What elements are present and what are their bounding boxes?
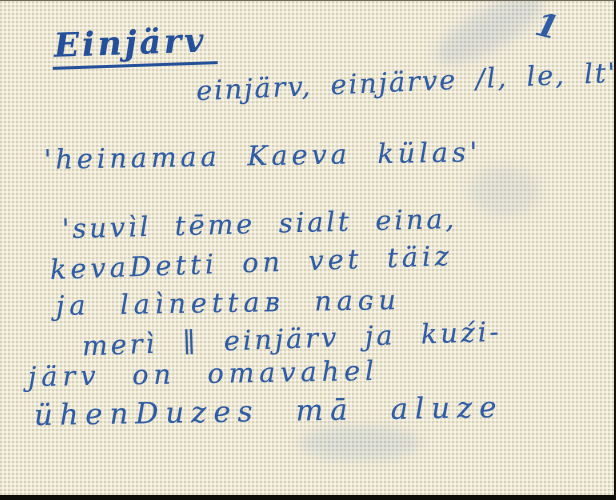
ink-smudge <box>470 166 540 216</box>
handwritten-line: ühenDuzes mā aluze <box>34 390 504 432</box>
ink-smudge <box>300 426 420 460</box>
handwritten-line: 'suvìl tēme sialt eina, <box>62 204 458 245</box>
handwritten-line-gloss: 'heinamaa Kaeva külas' <box>44 137 482 176</box>
handwritten-line: merì ∥ einjärv ja kuźi- <box>82 317 503 363</box>
handwritten-line: ja laìnettaʙ naɢu <box>56 285 401 322</box>
page-number: 1 <box>532 5 563 47</box>
scanned-index-card: 1 Einjärv einjärv, einjärve /l, le, lt' … <box>0 0 616 500</box>
handwritten-line-forms: einjärv, einjärve /l, le, lt' <box>196 58 616 107</box>
handwritten-line: järv on omavahel <box>28 356 379 393</box>
entry-headword: Einjärv <box>51 20 217 70</box>
handwritten-line: kevaDetti on vet täiz <box>50 241 454 286</box>
